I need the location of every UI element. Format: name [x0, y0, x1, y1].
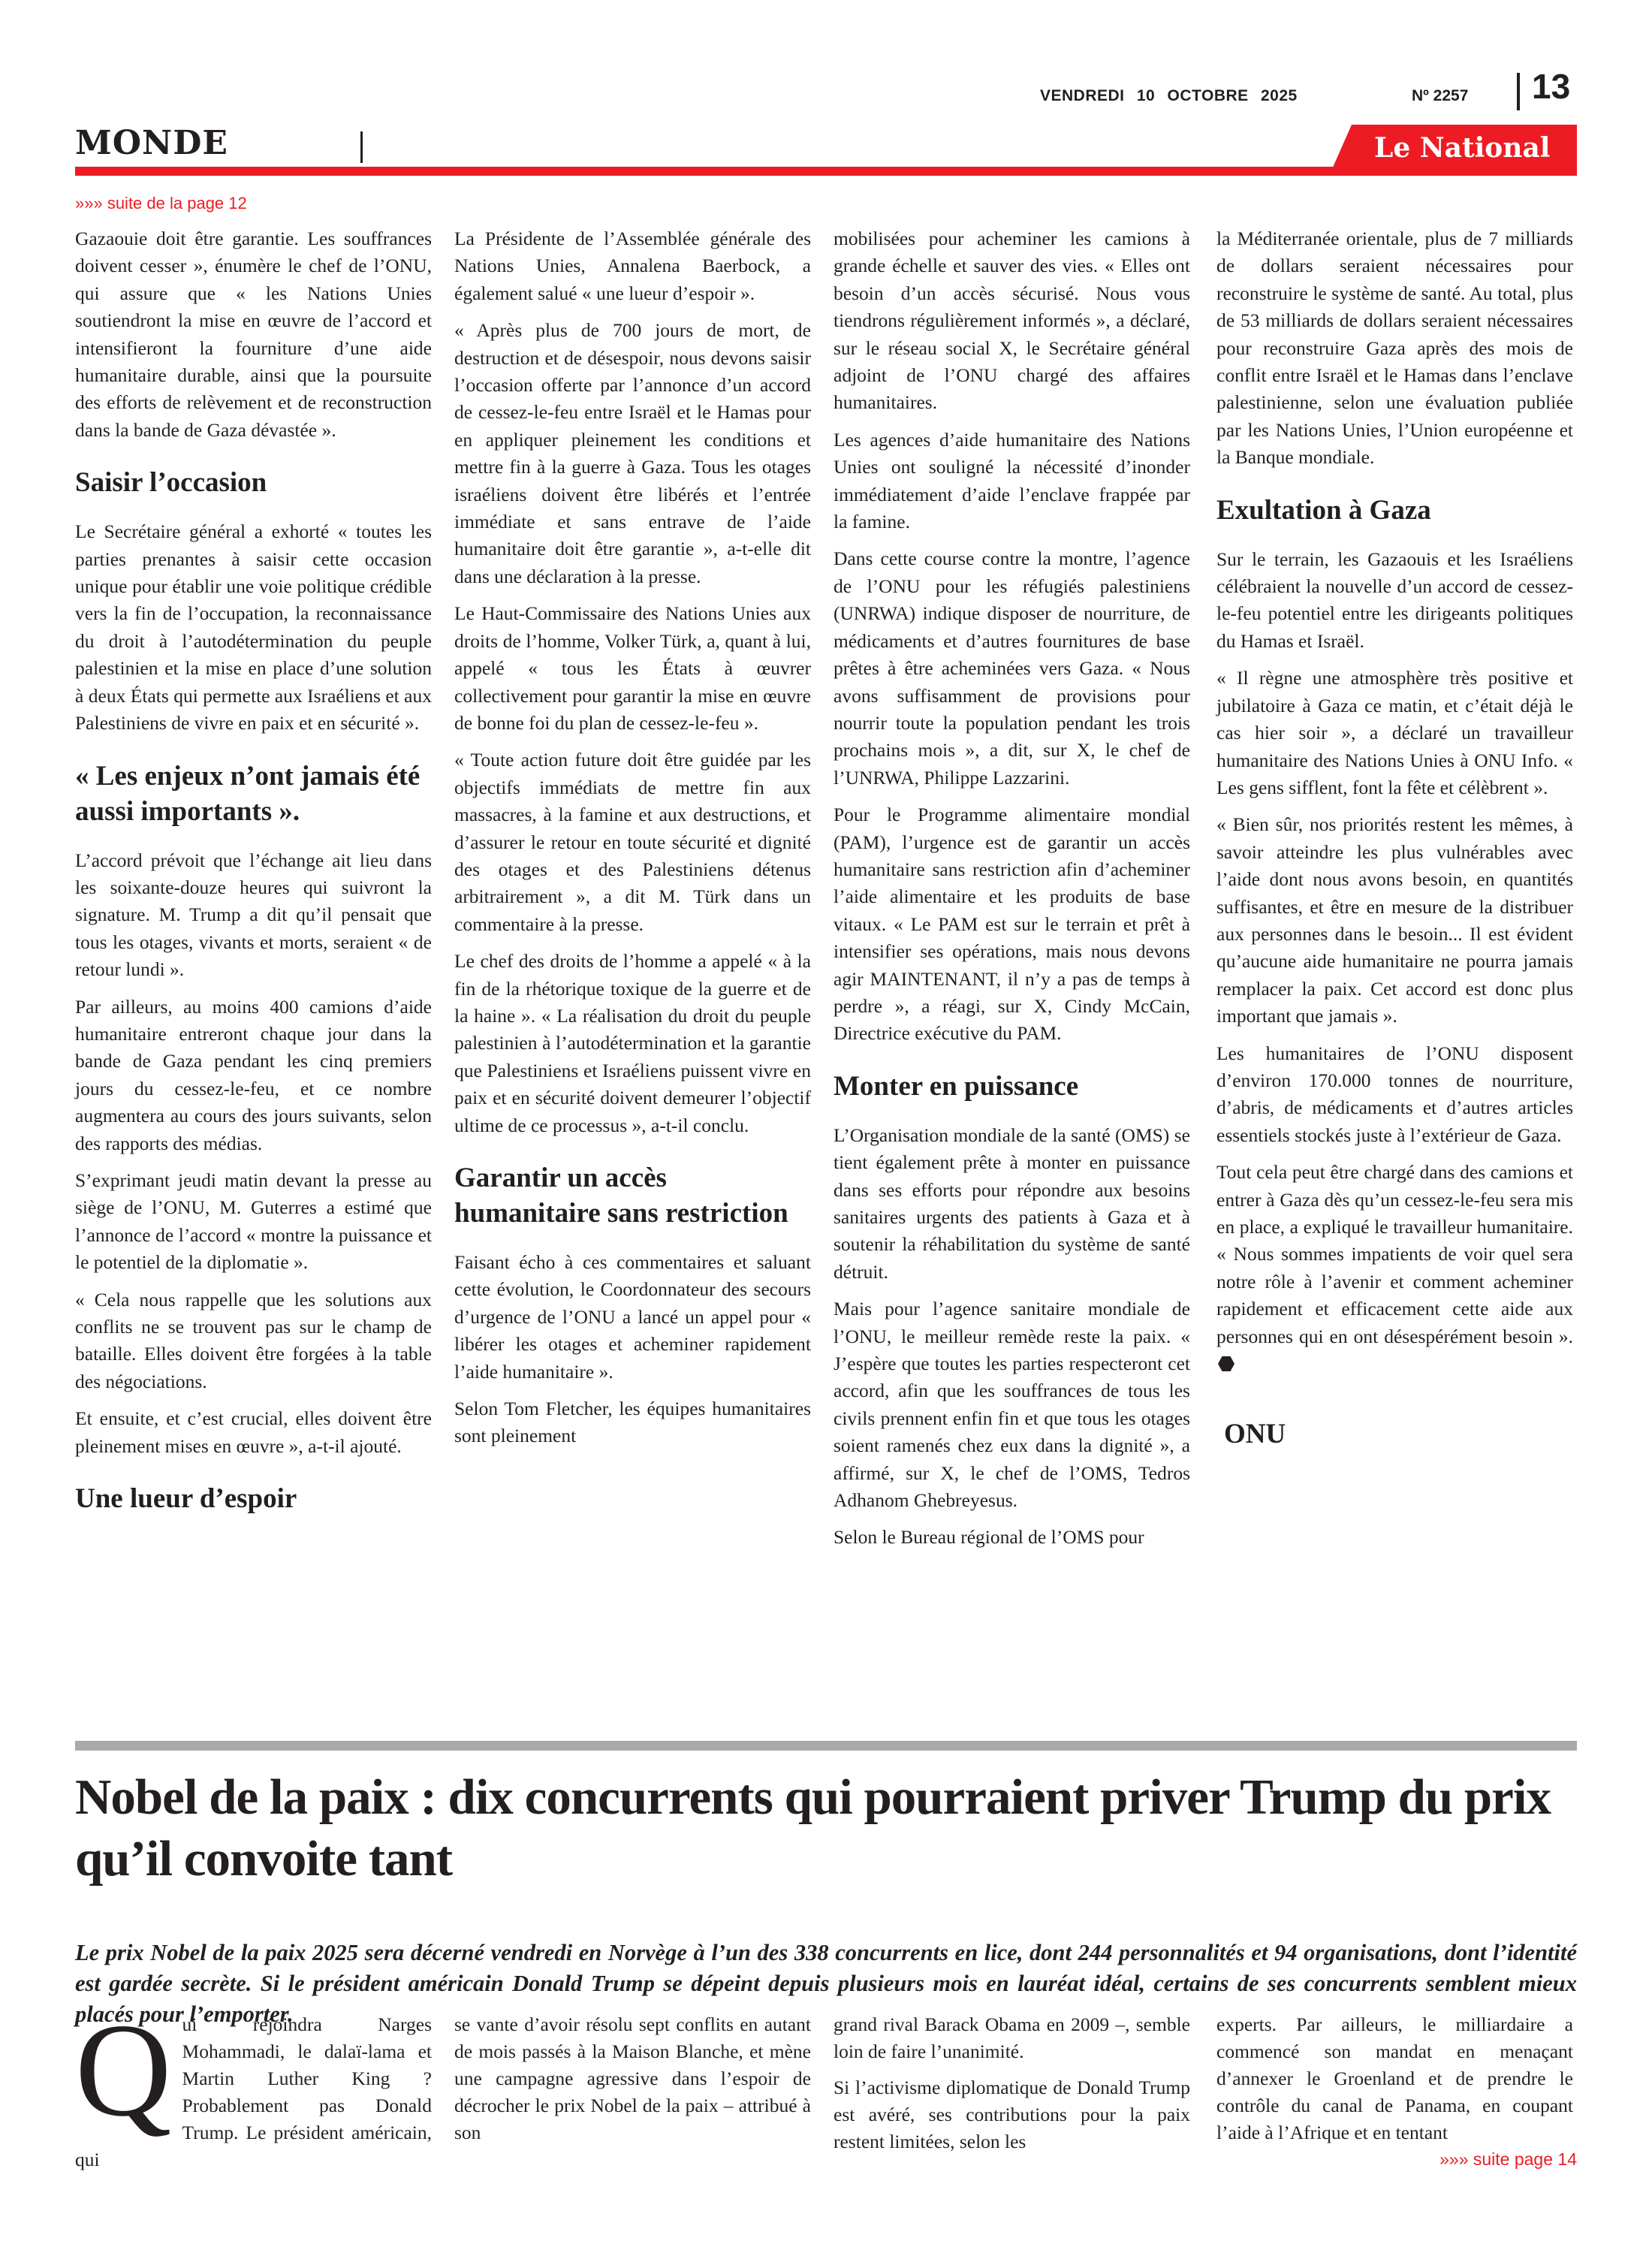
paragraph: Pour le Programme alimentaire mondial (P…	[834, 801, 1190, 1048]
paragraph: Et ensuite, et c’est crucial, elles doiv…	[75, 1405, 432, 1460]
page-number: 13	[1532, 69, 1570, 104]
paragraph-text: Tout cela peut être chargé dans des cami…	[1216, 1161, 1573, 1347]
paragraph: Selon Tom Fletcher, les équipes humanita…	[454, 1395, 811, 1450]
article-signature: ONU	[1216, 1421, 1573, 1448]
paragraph: mobilisées pour acheminer les camions à …	[834, 225, 1190, 417]
paragraph: La Présidente de l’Assemblée générale de…	[454, 225, 811, 307]
paragraph: la Méditerranée orientale, plus de 7 mil…	[1216, 225, 1573, 472]
article-column-4: la Méditerranée orientale, plus de 7 mil…	[1216, 225, 1573, 1458]
paragraph: L’accord prévoit que l’échange ait lieu …	[75, 847, 432, 984]
subheading: Monter en puissance	[834, 1069, 1190, 1104]
paragraph: Dans cette course contre la montre, l’ag…	[834, 545, 1190, 792]
section-title: MONDE	[75, 124, 228, 162]
paragraph: « Après plus de 700 jours de mort, de de…	[454, 317, 811, 590]
article2-column-4: experts. Par ailleurs, le milliardaire a…	[1216, 2011, 1573, 2155]
page-number-divider	[1517, 73, 1520, 110]
continued-on-link[interactable]: »»» suite page 14	[1412, 2149, 1577, 2170]
paragraph: Par ailleurs, au moins 400 camions d’aid…	[75, 994, 432, 1157]
paragraph: Le Haut-Commissaire des Nations Unies au…	[454, 600, 811, 737]
issue-number: Nº 2257	[1412, 87, 1468, 105]
paragraph: « Cela nous rappelle que les solutions a…	[75, 1286, 432, 1396]
paragraph: « Bien sûr, nos priorités restent les mê…	[1216, 811, 1573, 1030]
article-column-2: La Présidente de l’Assemblée générale de…	[454, 225, 811, 1460]
paragraph: Sur le terrain, les Gazaouis et les Isra…	[1216, 546, 1573, 656]
article-separator	[75, 1741, 1577, 1751]
paragraph-with-end-mark: Tout cela peut être chargé dans des cami…	[1216, 1159, 1573, 1377]
paragraph: Si l’activisme diplomatique de Donald Tr…	[834, 2074, 1190, 2155]
drop-cap: Q	[75, 2017, 172, 2122]
continued-from-link[interactable]: »»» suite de la page 12	[75, 194, 247, 213]
subheading: Garantir un accès humanitaire sans restr…	[454, 1160, 811, 1231]
hexagon-end-mark-icon	[1218, 1356, 1234, 1371]
paragraph: Selon le Bureau régional de l’OMS pour	[834, 1524, 1190, 1551]
article-headline: Nobel de la paix : dix concurrents qui p…	[75, 1766, 1584, 1890]
section-divider	[360, 131, 363, 163]
article-column-3: mobilisées pour acheminer les camions à …	[834, 225, 1190, 1561]
article2-column-1: Qui rejoindra Narges Mohammadi, le dalaï…	[75, 2011, 432, 2182]
paragraph: se vante d’avoir résolu sept conflits en…	[454, 2011, 811, 2146]
paragraph: « Toute action future doit être guidée p…	[454, 746, 811, 938]
subheading: Saisir l’occasion	[75, 465, 432, 500]
paragraph: S’exprimant jeudi matin devant la presse…	[75, 1167, 432, 1277]
subheading: Exultation à Gaza	[1216, 493, 1573, 528]
paragraph: grand rival Barack Obama en 2009 –, semb…	[834, 2011, 1190, 2065]
paragraph: Le chef des droits de l’homme a appelé «…	[454, 948, 811, 1139]
paragraph: Faisant écho à ces commentaires et salua…	[454, 1249, 811, 1386]
subheading: Une lueur d’espoir	[75, 1481, 432, 1516]
article-column-1: Gazaouie doit être garantie. Les souffra…	[75, 225, 432, 1534]
paragraph: « Il règne une atmosphère très positive …	[1216, 665, 1573, 801]
paragraph: L’Organisation mondiale de la santé (OMS…	[834, 1122, 1190, 1286]
subheading: « Les enjeux n’ont jamais été aussi impo…	[75, 759, 432, 829]
article2-column-2: se vante d’avoir résolu sept conflits en…	[454, 2011, 811, 2155]
paragraph: Gazaouie doit être garantie. Les souffra…	[75, 225, 432, 444]
paragraph: Le Secrétaire général a exhorté « toutes…	[75, 518, 432, 737]
paragraph: Les agences d’aide humanitaire des Natio…	[834, 427, 1190, 536]
paragraph: experts. Par ailleurs, le milliardaire a…	[1216, 2011, 1573, 2146]
article2-column-3: grand rival Barack Obama en 2009 –, semb…	[834, 2011, 1190, 2164]
brand-logo: Le National	[1374, 132, 1550, 164]
paragraph: Les humanitaires de l’ONU disposent d’en…	[1216, 1040, 1573, 1150]
paragraph: Mais pour l’agence sanitaire mondiale de…	[834, 1295, 1190, 1514]
issue-date: VENDREDI 10 OCTOBRE 2025	[1040, 87, 1298, 105]
